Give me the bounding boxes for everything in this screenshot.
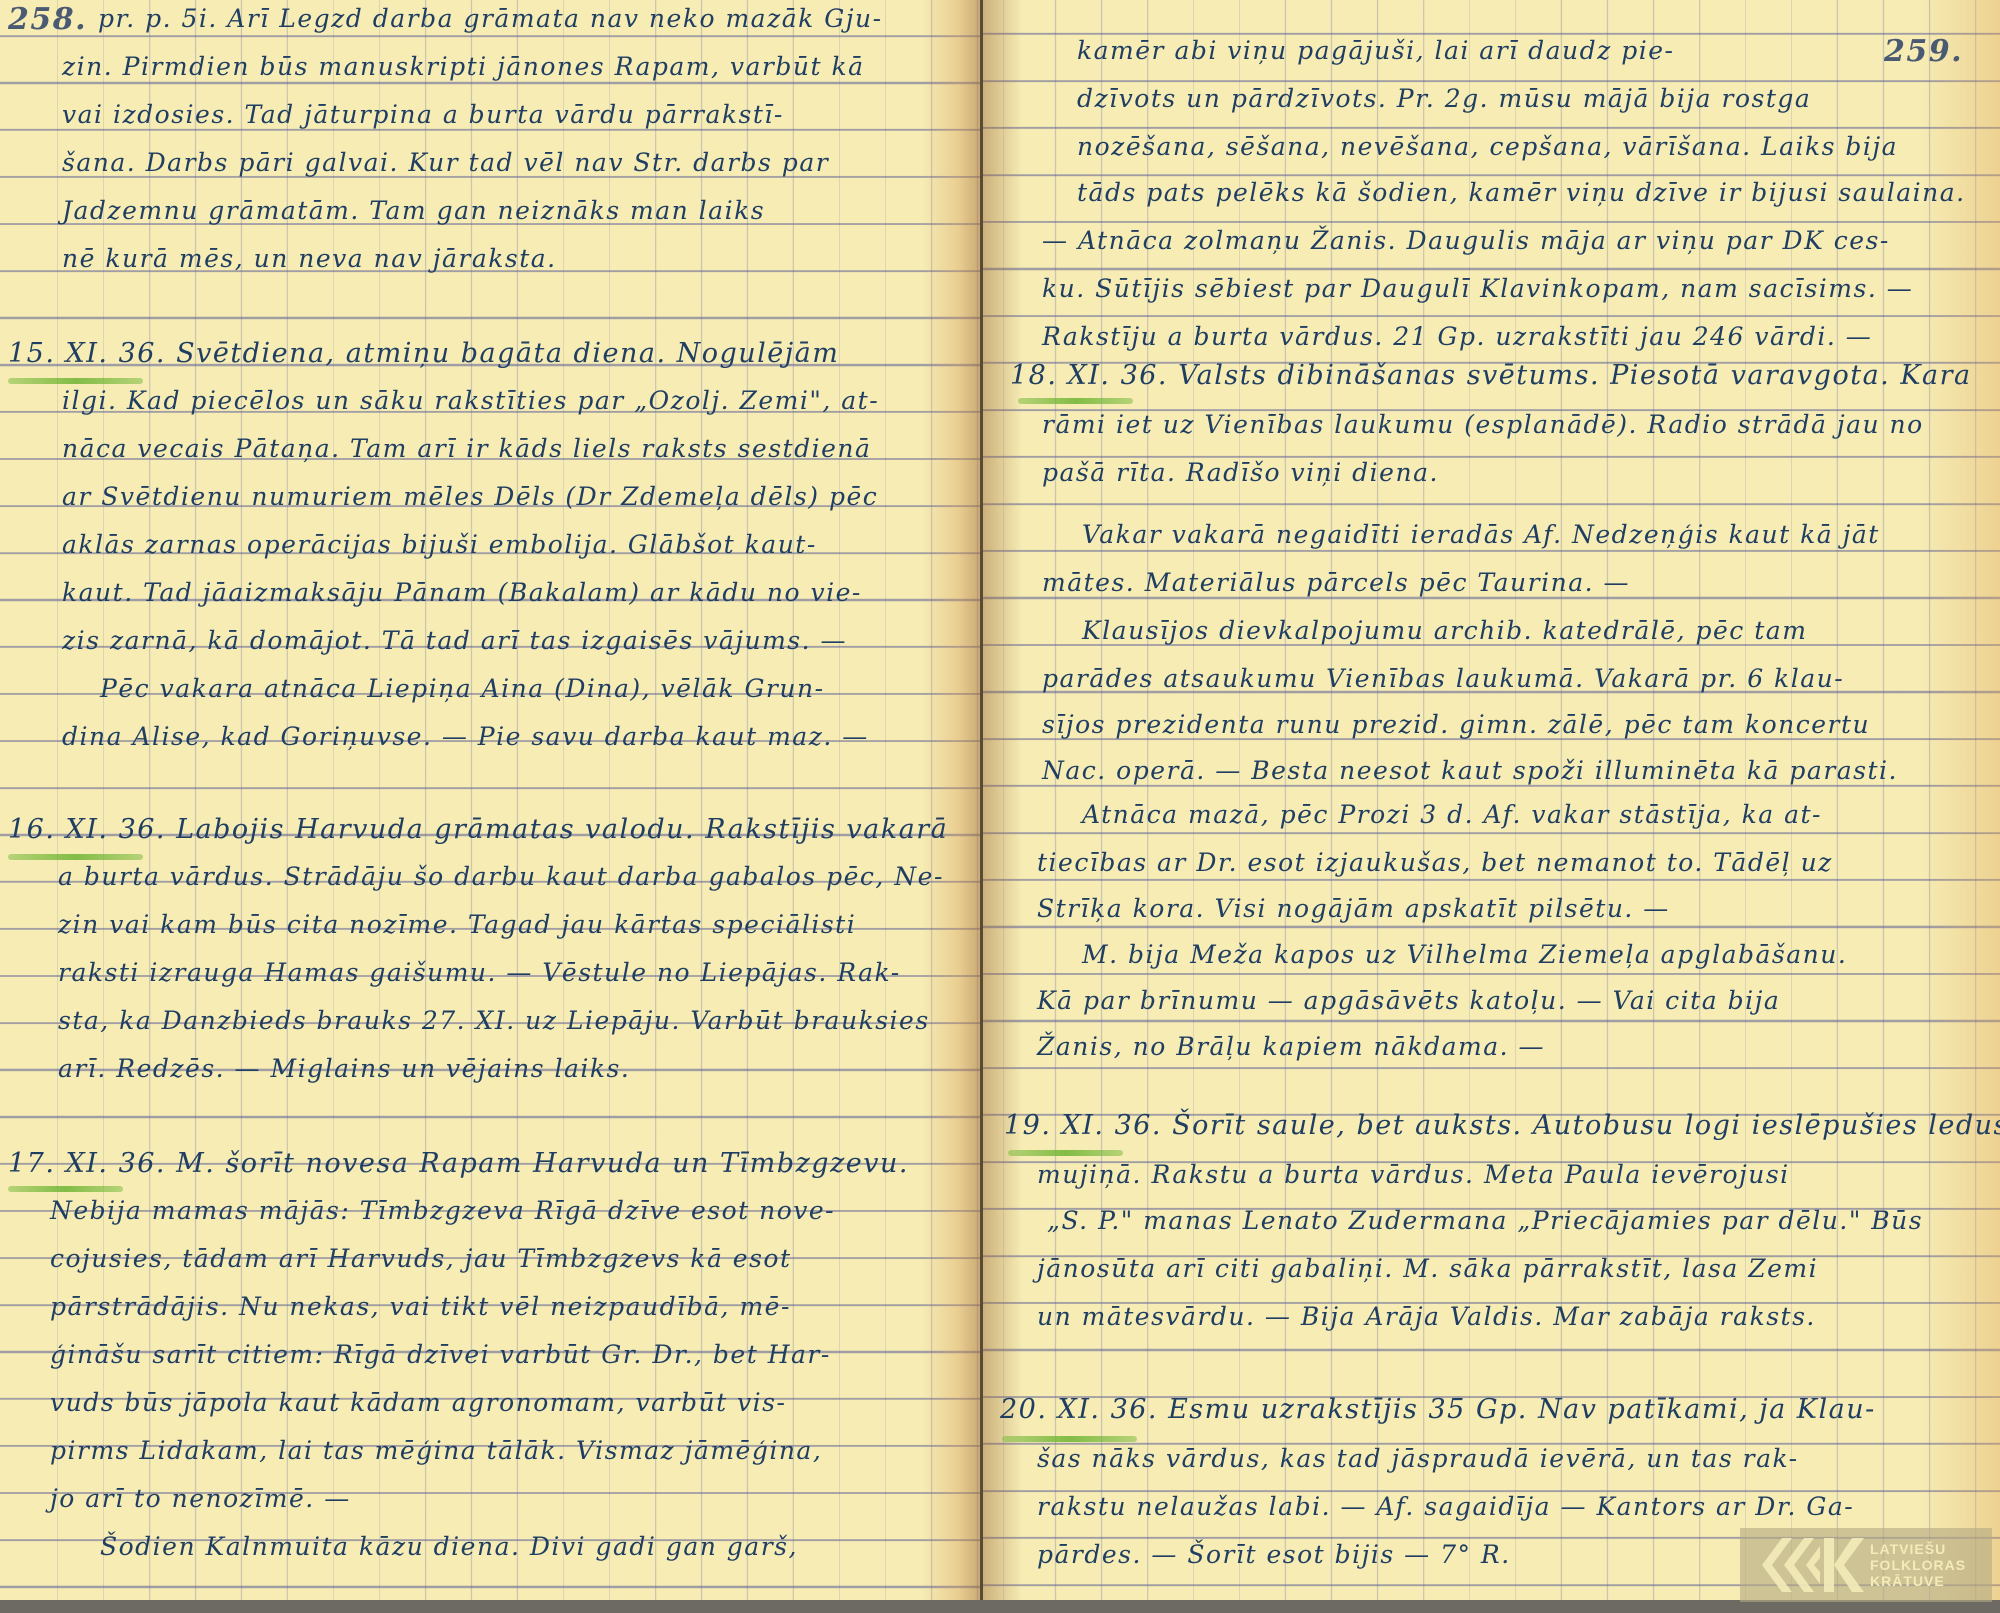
text-line: dzīvots un pārdzīvots. Pr. 2g. mūsu mājā…: [1077, 84, 1811, 113]
text-line: raksti izrauga Hamas gaišumu. — Vēstule …: [58, 958, 901, 987]
green-highlight-underline: [1002, 1436, 1137, 1442]
right-page: kamēr abi viņu pagājuši, lai arī daudz p…: [982, 0, 2000, 1600]
diary-entry-18-11-36: 18. XI. 36. Valsts dibināšanas svētums. …: [1010, 360, 1972, 391]
green-highlight-underline: [8, 1186, 123, 1192]
text-line: M. bija Meža kapos uz Vilhelma Ziemeļa a…: [1082, 940, 1847, 969]
text-line: Kā par brīnumu — apgāsāvēts katoļu. — Va…: [1037, 986, 1780, 1015]
text-line: Atnāca mazā, pēc Prozi 3 d. Af. vakar st…: [1082, 800, 1822, 829]
green-highlight-underline: [1008, 1150, 1123, 1156]
text-line: Jadzemnu grāmatām. Tam gan neiznāks man …: [62, 196, 765, 225]
watermark-line-3: KRĀTUVE: [1870, 1573, 1966, 1589]
text-line: sta, ka Danzbieds brauks 27. XI. uz Liep…: [58, 1006, 930, 1035]
text-line: kamēr abi viņu pagājuši, lai arī daudz p…: [1077, 36, 1674, 65]
text-line: pirms Lidakam, lai tas mēģina tālāk. Vis…: [50, 1436, 822, 1465]
text-line: nāca vecais Pātaņa. Tam arī ir kāds liel…: [62, 434, 871, 463]
text-line: pašā rīta. Radīšo viņi diena.: [1042, 458, 1439, 487]
text-line: Nebija mamas mājās: Tīmbzgzeva Rīgā dzīv…: [50, 1196, 835, 1225]
page-number-right: 259.: [1884, 34, 1963, 69]
text-line: mātes. Materiālus pārcels pēc Taurina. —: [1042, 568, 1630, 597]
text-line: Žanis, no Brāļu kapiem nākdama. —: [1037, 1032, 1545, 1061]
watermark-line-1: LATVIEŠU: [1870, 1541, 1966, 1557]
text-line: pr. p. 5i. Arī Legzd darba grāmata nav n…: [98, 4, 883, 33]
notebook-spine: [980, 0, 983, 1600]
text-line: rakstu nelaužas labi. — Af. sagaidīja — …: [1037, 1492, 1854, 1521]
text-line: zis zarnā, kā domājot. Tā tad arī tas iz…: [62, 626, 847, 655]
text-line: nozēšana, sēšana, nevēšana, cepšana, vār…: [1077, 132, 1898, 161]
text-line: „S. P." manas Lenato Zudermana „Priecāja…: [1047, 1206, 1923, 1235]
lfk-chevrons-k-logo-icon: [1740, 1528, 1870, 1602]
diary-entry-19-11-36: 19. XI. 36. Šorīt saule, bet auksts. Aut…: [1004, 1110, 2000, 1141]
text-line: Nac. operā. — Besta neesot kaut spoži il…: [1042, 756, 1898, 785]
watermark-line-2: FOLKLORAS: [1870, 1557, 1966, 1573]
green-highlight-underline: [1018, 398, 1133, 404]
text-line: jo arī to nenozīmē. —: [50, 1484, 351, 1513]
green-highlight-underline: [8, 854, 143, 860]
text-line: Klausījos dievkalpojumu archib. katedrāl…: [1082, 616, 1807, 645]
text-line: zin vai kam būs cita nozīme. Tagad jau k…: [58, 910, 856, 939]
text-line: un mātesvārdu. — Bija Arāja Valdis. Mar …: [1037, 1302, 1816, 1331]
text-line: sījos prezidenta runu prezid. gimn. zālē…: [1042, 710, 1870, 739]
text-line: jānosūta arī citi gabaliņi. M. sāka pārr…: [1037, 1254, 1818, 1283]
notebook-spread: 258. pr. p. 5i. Arī Legzd darba grāmata …: [0, 0, 2000, 1600]
text-line: zin. Pirmdien būs manuskripti jānones Ra…: [62, 52, 865, 81]
diary-entry-20-11-36: 20. XI. 36. Esmu uzrakstījis 35 Gp. Nav …: [1000, 1394, 1876, 1425]
text-line: cojusies, tādam arī Harvuds, jau Tīmbzgz…: [50, 1244, 792, 1273]
text-line: ilgi. Kad piecēlos un sāku rakstīties pa…: [62, 386, 879, 415]
page-number-left: 258.: [8, 2, 87, 37]
text-line: pārstrādājis. Nu nekas, vai tikt vēl nei…: [50, 1292, 791, 1321]
text-line: vuds būs jāpola kaut kādam agronomam, va…: [50, 1388, 786, 1417]
diary-entry-16-11-36: 16. XI. 36. Labojis Harvuda grāmatas val…: [8, 814, 948, 845]
text-line: šana. Darbs pāri galvai. Kur tad vēl nav…: [62, 148, 829, 177]
watermark-text: LATVIEŠU FOLKLORAS KRĀTUVE: [1870, 1541, 1966, 1589]
text-line: vai izdosies. Tad jāturpina a burta vārd…: [62, 100, 784, 129]
text-line: ku. Sūtījis sēbiest par Daugulī Klavinko…: [1042, 274, 1913, 303]
text-line: pārdes. — Šorīt esot bijis — 7° R.: [1037, 1540, 1511, 1569]
text-line: šas nāks vārdus, kas tad jāspraudā ievēr…: [1037, 1444, 1799, 1473]
green-highlight-underline: [8, 378, 143, 384]
text-line: ar Svētdienu numuriem mēles Dēls (Dr Zde…: [62, 482, 878, 511]
text-line: kaut. Tad jāaizmaksāju Pānam (Bakalam) a…: [62, 578, 862, 607]
text-line: nē kurā mēs, un neva nav jāraksta.: [62, 244, 557, 273]
text-line: mujiņā. Rakstu a burta vārdus. Meta Paul…: [1037, 1160, 1790, 1189]
text-line: rāmi iet uz Vienības laukumu (esplanādē)…: [1042, 410, 1924, 439]
text-line: ģināšu sarīt citiem: Rīgā dzīvei varbūt …: [50, 1340, 831, 1369]
scan-background-edge: [0, 1600, 2000, 1613]
text-line: parādes atsaukumu Vienības laukumā. Vaka…: [1042, 664, 1844, 693]
text-line: dina Alise, kad Goriņuvse. — Pie savu da…: [62, 722, 869, 751]
watermark-logo: LATVIEŠU FOLKLORAS KRĀTUVE: [1740, 1528, 1992, 1602]
diary-entry-15-11-36: 15. XI. 36. Svētdiena, atmiņu bagāta die…: [8, 338, 839, 369]
text-line: Vakar vakarā negaidīti ieradās Af. Nedze…: [1082, 520, 1880, 549]
text-line: — Atnāca zolmaņu Žanis. Daugulis māja ar…: [1042, 226, 1890, 255]
text-line: Šodien Kalnmuita kāzu diena. Divi gadi g…: [100, 1532, 798, 1561]
text-line: Strīķa kora. Visi nogājām apskatīt pilsē…: [1037, 894, 1670, 923]
text-line: a burta vārdus. Strādāju šo darbu kaut d…: [58, 862, 944, 891]
text-line: aklās zarnas operācijas bijuši embolija.…: [62, 530, 817, 559]
diary-entry-17-11-36: 17. XI. 36. M. šorīt novesa Rapam Harvud…: [8, 1148, 909, 1179]
text-line: tāds pats pelēks kā šodien, kamēr viņu d…: [1077, 178, 1966, 207]
left-page: 258. pr. p. 5i. Arī Legzd darba grāmata …: [0, 0, 982, 1600]
text-line: arī. Redzēs. — Miglains un vējains laiks…: [58, 1054, 630, 1083]
text-line: Rakstīju a burta vārdus. 21 Gp. uzrakstī…: [1042, 322, 1872, 351]
text-line: Pēc vakara atnāca Liepiņa Aina (Dina), v…: [100, 674, 825, 703]
text-line: tiecības ar Dr. esot izjaukušas, bet nem…: [1037, 848, 1833, 877]
